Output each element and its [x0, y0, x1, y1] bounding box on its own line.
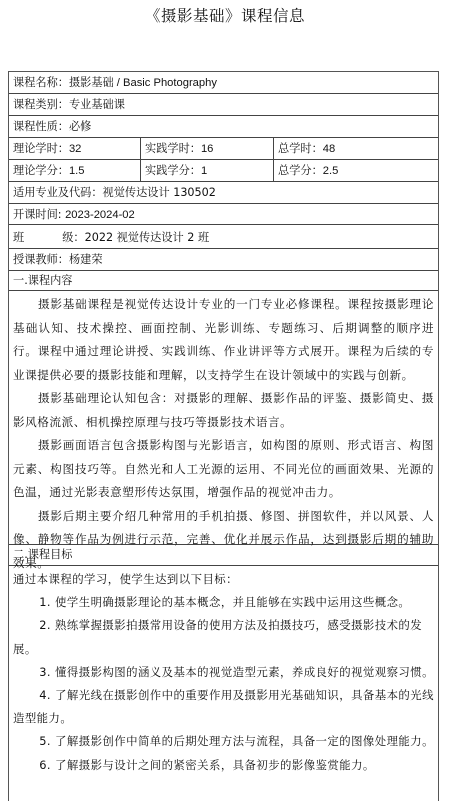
goal-item: 6. 了解摄影与设计之间的紧密关系，具备初步的影像鉴赏能力。 [13, 754, 434, 777]
row-hours: 理论学时：32 实践学时：16 总学时：48 [9, 138, 438, 160]
goal-item: 3. 懂得摄影构图的涵义及基本的视觉造型元素，养成良好的视觉观察习惯。 [13, 661, 434, 684]
row-credits: 理论学分：1.5 实践学分：1 总学分：2.5 [9, 160, 438, 182]
course-name-label: 课程名称： [13, 76, 69, 89]
goal-item: 4. 了解光线在摄影创作中的重要作用及摄影用光基础知识，具备基本的光线造型能力。 [13, 684, 434, 730]
teacher-label: 授课教师： [13, 253, 69, 266]
course-category-value: 专业基础课 [69, 98, 125, 111]
practice-credits-label: 实践学分： [145, 164, 201, 177]
total-credits-label: 总学分： [278, 164, 323, 177]
course-nature-value: 必修 [69, 120, 91, 133]
term-value: 2023-2024-02 [65, 209, 135, 221]
row-course-category: 课程类别：专业基础课 [9, 94, 438, 116]
term-label: 开课时间: [13, 208, 65, 221]
theory-hours-label: 理论学时： [13, 142, 69, 155]
course-info-table: 课程名称：摄影基础 / Basic Photography 课程类别：专业基础课… [8, 71, 439, 801]
practice-hours-label: 实践学时： [145, 142, 201, 155]
total-credits-value: 2.5 [323, 165, 339, 177]
document-title: 《摄影基础》课程信息 [0, 4, 450, 26]
row-teacher: 授课教师：杨建荣 [9, 249, 438, 271]
content-paragraph: 摄影画面语言包含摄影构图与光影语言，如构图的原则、形式语言、构图元素、构图技巧等… [13, 434, 434, 505]
theory-credits-cell: 理论学分：1.5 [9, 160, 141, 181]
class-label-a: 班 [13, 231, 24, 244]
course-content-text: 摄影基础课程是视觉传达设计专业的一门专业必修课程。课程按摄影理论基础认知、技术操… [9, 291, 438, 544]
section-content-heading-row: 一.课程内容 [9, 271, 438, 291]
course-goals-text: 通过本课程的学习，使学生达到以下目标： 1. 使学生明确摄影理论的基本概念，并且… [9, 566, 438, 801]
content-paragraph: 摄影基础理论认知包含：对摄影的理解、摄影作品的评鉴、摄影简史、摄影风格流派、相机… [13, 387, 434, 434]
section-content-heading: 一.课程内容 [9, 271, 438, 290]
section-goals-heading: 二.课程目标 [9, 545, 438, 565]
goal-item: 5. 了解摄影创作中简单的后期处理方法与流程，具备一定的图像处理能力。 [13, 730, 434, 753]
total-hours-value: 48 [323, 143, 335, 155]
section-goals-body-row: 通过本课程的学习，使学生达到以下目标： 1. 使学生明确摄影理论的基本概念，并且… [9, 566, 438, 801]
practice-hours-value: 16 [201, 143, 213, 155]
practice-credits-value: 1 [201, 165, 207, 177]
major-value: 视觉传达设计 130502 [103, 186, 216, 199]
course-category-label: 课程类别： [13, 98, 69, 111]
row-term: 开课时间: 2023-2024-02 [9, 204, 438, 225]
total-hours-label: 总学时： [278, 142, 323, 155]
content-paragraph: 摄影基础课程是视觉传达设计专业的一门专业必修课程。课程按摄影理论基础认知、技术操… [13, 293, 434, 387]
theory-credits-value: 1.5 [69, 165, 85, 177]
total-credits-cell: 总学分：2.5 [274, 160, 438, 181]
class-label-b: 级： [62, 231, 84, 244]
teacher-value: 杨建荣 [69, 253, 103, 266]
row-major: 适用专业及代码：视觉传达设计 130502 [9, 182, 438, 204]
row-course-name: 课程名称：摄影基础 / Basic Photography [9, 72, 438, 94]
major-label: 适用专业及代码： [13, 186, 103, 199]
course-nature-label: 课程性质： [13, 120, 69, 133]
course-name-value: 摄影基础 / Basic Photography [69, 77, 217, 89]
total-hours-cell: 总学时：48 [274, 138, 438, 159]
section-goals-heading-row: 二.课程目标 [9, 545, 438, 566]
row-class: 班级：2022 视觉传达设计 2 班 [9, 225, 438, 249]
row-course-nature: 课程性质：必修 [9, 116, 438, 138]
theory-hours-cell: 理论学时：32 [9, 138, 141, 159]
section-content-body-row: 摄影基础课程是视觉传达设计专业的一门专业必修课程。课程按摄影理论基础认知、技术操… [9, 291, 438, 545]
practice-hours-cell: 实践学时：16 [141, 138, 274, 159]
class-value: 2022 视觉传达设计 2 班 [85, 231, 210, 244]
theory-credits-label: 理论学分： [13, 164, 69, 177]
goals-intro: 通过本课程的学习，使学生达到以下目标： [13, 568, 434, 591]
theory-hours-value: 32 [69, 143, 81, 155]
goal-item: 2. 熟练掌握摄影拍摄常用设备的使用方法及拍摄技巧，感受摄影技术的发展。 [13, 614, 434, 660]
practice-credits-cell: 实践学分：1 [141, 160, 274, 181]
goal-item: 1. 使学生明确摄影理论的基本概念，并且能够在实践中运用这些概念。 [13, 591, 434, 614]
